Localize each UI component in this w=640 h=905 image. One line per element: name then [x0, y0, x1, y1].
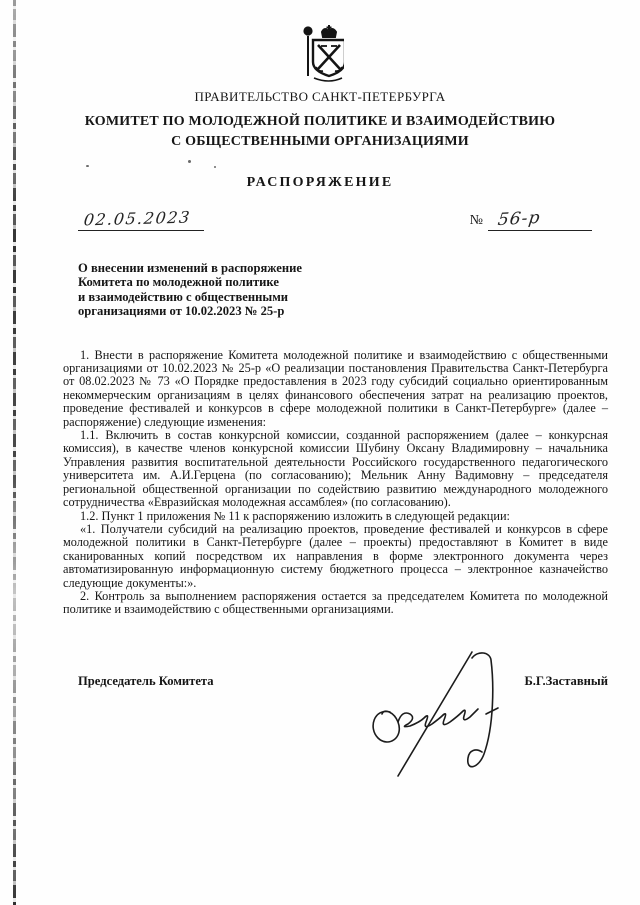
- scanned-document-page: ПРАВИТЕЛЬСТВО САНКТ-ПЕТЕРБУРГА КОМИТЕТ П…: [0, 0, 640, 905]
- handwritten-signature-icon: [360, 650, 510, 778]
- paragraph-2: 2. Контроль за выполнением распоряжения …: [63, 590, 608, 617]
- committee-title: КОМИТЕТ ПО МОЛОДЕЖНОЙ ПОЛИТИКЕ И ВЗАИМОД…: [0, 112, 640, 152]
- paragraph-1-1: 1.1. Включить в состав конкурсной комисс…: [63, 429, 608, 509]
- signature-row: Председатель Комитета Б.Г.Заставный: [78, 674, 608, 689]
- document-type-title: РАСПОРЯЖЕНИЕ: [0, 175, 640, 191]
- government-title: ПРАВИТЕЛЬСТВО САНКТ-ПЕТЕРБУРГА: [0, 89, 640, 105]
- number-sign: №: [470, 213, 488, 231]
- paragraph-1-2: 1.2. Пункт 1 приложения № 11 к распоряже…: [63, 510, 608, 523]
- scan-speck: [188, 160, 191, 163]
- date-field: 02.05.2023: [78, 209, 204, 231]
- paragraph-quote: «1. Получатели субсидий на реализацию пр…: [63, 523, 608, 590]
- scan-speck: [214, 166, 216, 168]
- number-line: 56-р: [488, 209, 592, 231]
- saint-petersburg-coat-of-arms-icon: [296, 24, 344, 84]
- requisites-row: 02.05.2023 № 56-р: [78, 201, 592, 231]
- document-body: 1. Внести в распоряжение Комитета молоде…: [63, 349, 608, 617]
- scan-speck: [86, 165, 89, 167]
- signer-name: Б.Г.Заставный: [524, 674, 608, 689]
- number-field: № 56-р: [470, 209, 592, 231]
- scan-edge-artifact: [13, 0, 16, 905]
- handwritten-date: 02.05.2023: [83, 208, 192, 230]
- signer-position: Председатель Комитета: [78, 674, 214, 689]
- document-subject: О внесении изменений в распоряжение Коми…: [78, 261, 640, 319]
- handwritten-number: 56-р: [497, 208, 542, 230]
- paragraph-1: 1. Внести в распоряжение Комитета молоде…: [63, 349, 608, 429]
